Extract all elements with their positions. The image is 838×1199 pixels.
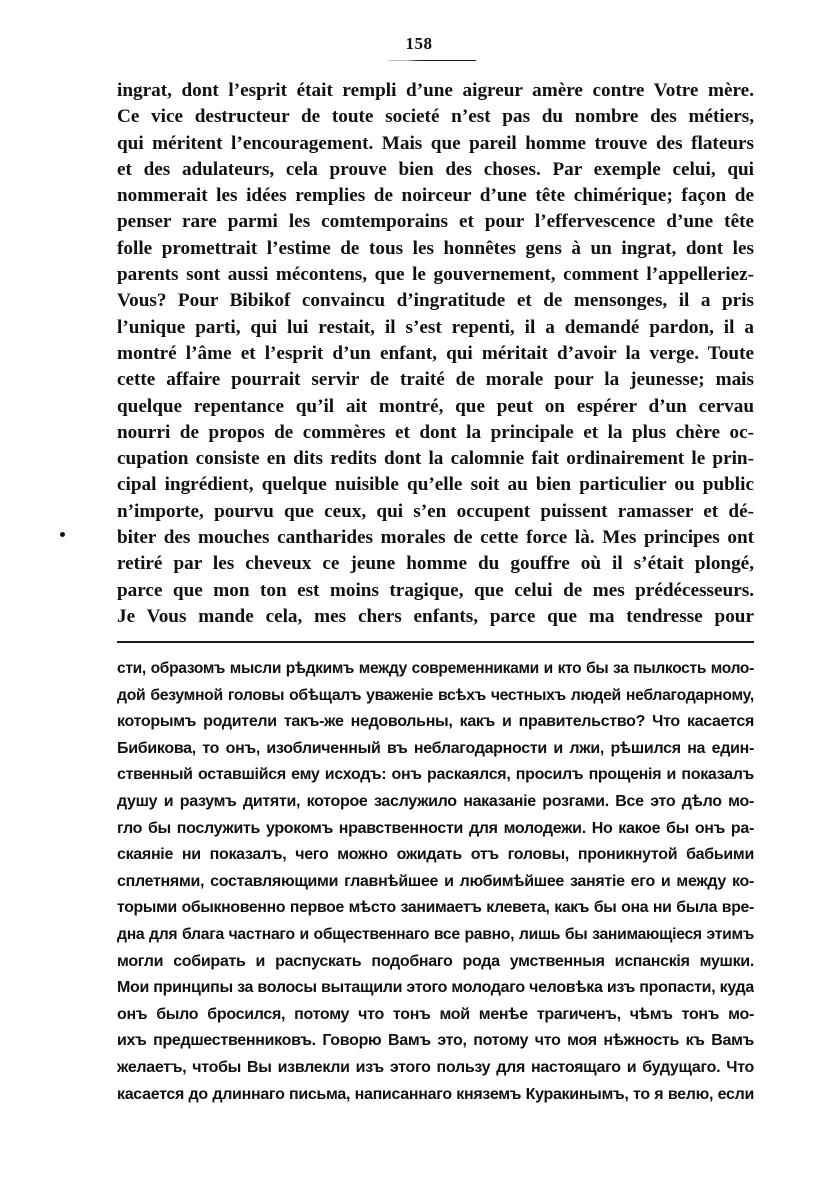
text-line: скаяніе ни показалъ, чего можно ожидать … — [117, 842, 754, 869]
margin-dot — [60, 532, 65, 537]
text-line: торыми обыкновенно первое мѣсто занимает… — [117, 895, 754, 922]
text-line: сплетнями, составляющими главнѣйшее и лю… — [117, 869, 754, 896]
text-line: ихъ предшественниковъ. Говорю Вамъ это, … — [117, 1028, 754, 1055]
text-line: желаетъ, чтобы Вы извлекли изъ этого пол… — [117, 1055, 754, 1082]
text-line: Ce vice destructeur de toute societé n’e… — [117, 104, 754, 130]
text-line: которымъ родители такъ-же недовольны, ка… — [117, 709, 754, 736]
text-line: folle promettrait l’estime de tous les h… — [117, 236, 754, 262]
text-line: Je Vous mande cela, mes chers enfants, p… — [117, 604, 754, 630]
text-line: nourri de propos de commères et dont la … — [117, 420, 754, 446]
text-line: душу и разумъ дитяти, которое заслужило … — [117, 789, 754, 816]
text-line: cette affaire pourrait servir de traité … — [117, 367, 754, 393]
page-number-rule — [388, 60, 476, 61]
text-line: дна для блага частнаго и общественнаго в… — [117, 922, 754, 949]
text-line: l’unique parti, qui lui restait, il s’es… — [117, 315, 754, 341]
russian-text-block: сти, образомъ мысли рѣдкимъ между соврем… — [117, 656, 754, 1108]
text-line: quelque repentance qu’il ait montré, que… — [117, 394, 754, 420]
section-separator — [117, 641, 754, 643]
text-line: biter des mouches cantharides morales de… — [117, 525, 754, 551]
text-line: cupation consiste en dits redits dont la… — [117, 446, 754, 472]
text-line: nommerait les idées remplies de noirceur… — [117, 183, 754, 209]
text-line: Мои принципы за волосы вытащили этого мо… — [117, 975, 754, 1002]
text-line: онъ было бросился, потому что тонъ мой м… — [117, 1002, 754, 1029]
text-line: могли собирать и распускать подобнаго ро… — [117, 949, 754, 976]
text-line: ственный оставшійся ему исходъ: онъ раск… — [117, 762, 754, 789]
text-line: retiré par les cheveux ce jeune homme du… — [117, 551, 754, 577]
text-line: дой безумной головы обѣщалъ уваженіе всѣ… — [117, 683, 754, 710]
text-line: касается до длиннаго письма, написаннаго… — [117, 1082, 754, 1109]
text-line: parce que mon ton est moins tragique, qu… — [117, 578, 754, 604]
text-line: cipal ingrédient, quelque nuisible qu’el… — [117, 472, 754, 498]
text-line: Vous? Pour Bibikof convaincu d’ingratitu… — [117, 288, 754, 314]
french-text-block: ingrat, dont l’esprit était rempli d’une… — [117, 78, 754, 630]
text-line: ingrat, dont l’esprit était rempli d’une… — [117, 78, 754, 104]
text-line: сти, образомъ мысли рѣдкимъ между соврем… — [117, 656, 754, 683]
text-line: penser rare parmi les comtemporains et p… — [117, 209, 754, 235]
text-line: qui méritent l’encouragement. Mais que p… — [117, 131, 754, 157]
page-number: 158 — [0, 34, 838, 54]
text-line: гло бы послужить урокомъ нравственности … — [117, 816, 754, 843]
text-line: et des adulateurs, cela prouve bien des … — [117, 157, 754, 183]
text-line: parents sont aussi mécontens, que le gou… — [117, 262, 754, 288]
text-line: montré l’âme et l’esprit d’un enfant, qu… — [117, 341, 754, 367]
text-line: n’importe, pourvu que ceux, qui s’en occ… — [117, 499, 754, 525]
text-line: Бибикова, то онъ, изобличенный въ неблаг… — [117, 736, 754, 763]
